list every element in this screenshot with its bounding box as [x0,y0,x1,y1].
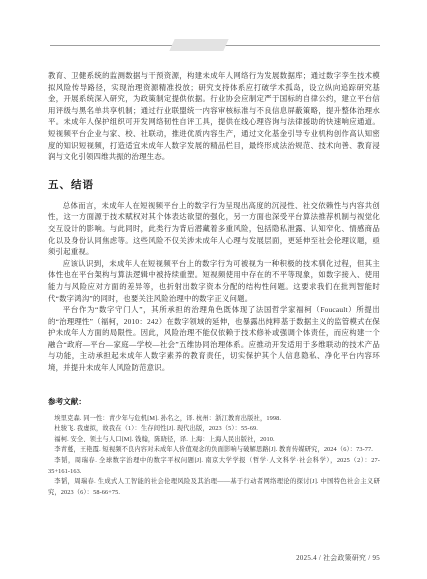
references-heading: 参考文献： [48,396,380,407]
page-footer: 2025.4 / 社会政策研究 / 95 [296,552,380,562]
reference-item-1: 埃里克森. 同一性：青少年与危机[M]. 孙名之，译. 杭州：浙江教育出版社，1… [48,414,380,425]
reference-item-2: 杜骏飞. 我虚拟，故我在（1）：生存间性[J]. 现代出版，2023（5）：55… [48,424,380,435]
conclusion-paragraph-2: 应该认识到，未成年人在短视频平台上的数字行为可被视为一种积极的技术驯化过程，但其… [48,258,380,304]
reference-item-6: 李韬，周瑞春. 生成式人工智能的社会伦理风险及其治理——基于行动者网络理论的探讨… [48,477,380,498]
reference-item-4: 李青蔓，王艳霞. 短视频不良内容对未成年人价值观念的负面影响与破解思路[J]. … [48,445,380,456]
reference-item-5: 李韬，周瑞春. 全球数字治理中的数字平权问题[J]. 南京大学学报（哲学·人文科… [48,456,380,477]
header-ornament [169,39,228,51]
body-continuation-paragraph: 教育、卫健系统的监测数据与干预资源，构建未成年人网络行为发展数据库；通过数字孪生… [48,70,380,163]
journal-page: 教育、卫健系统的监测数据与干预资源，构建未成年人网络行为发展数据库；通过数字孪生… [0,0,427,579]
section-heading-conclusion: 五、结语 [48,177,380,192]
conclusion-paragraph-1: 总体而言，未成年人在短视频平台上的数字行为呈现出高度的沉浸性、社交依赖性与内容共… [48,200,380,258]
article-body: 教育、卫健系统的监测数据与干预资源，构建未成年人网络行为发展数据库；通过数字孪生… [48,70,380,498]
reference-item-3: 福柯. 安全、领土与人口[M]. 钱翰，陈晓径，译. 上海：上海人民出版社，20… [48,435,380,446]
conclusion-paragraph-3: 平台作为“数字守门人”，其所承担的治理角色既体现了法国哲学家福柯（Foucaul… [48,304,380,374]
